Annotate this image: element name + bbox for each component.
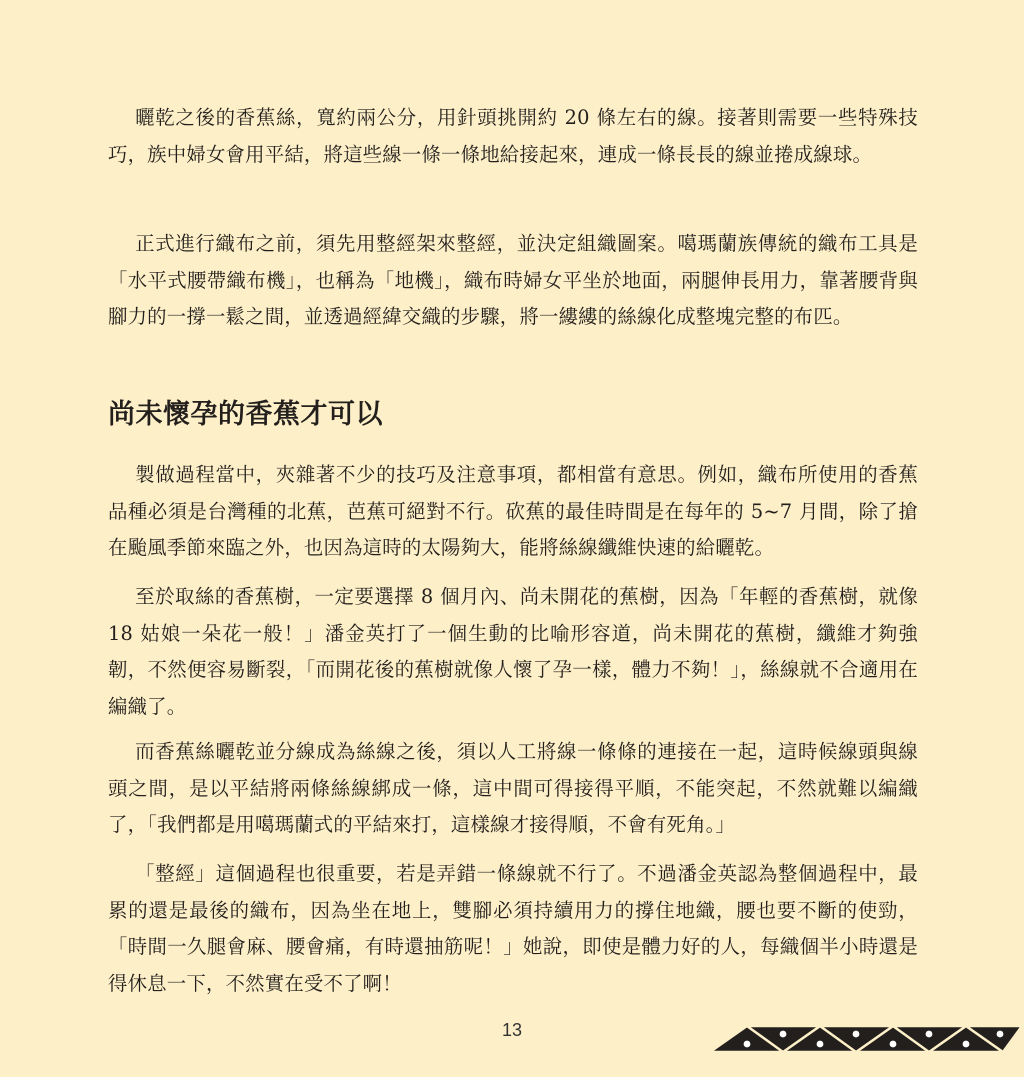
section-paragraph-2: 至於取絲的香蕉樹，一定要選擇 8 個月內、尚未開花的蕉樹，因為「年輕的香蕉樹，就… [108,579,918,725]
paragraph-1: 曬乾之後的香蕉絲，寬約兩公分，用針頭挑開約 20 條左右的線。接著則需要一些特殊… [108,100,918,173]
section-paragraph-1: 製做過程當中，夾雜著不少的技巧及注意事項，都相當有意思。例如，織布所使用的香蕉品… [108,457,918,567]
paragraph-2: 正式進行織布之前，須先用整經架來整經，並決定組織圖案。噶瑪蘭族傳統的織布工具是「… [108,226,918,336]
section-paragraph-3: 而香蕉絲曬乾並分線成為絲線之後，須以人工將線一條條的連接在一起，這時候線頭與線頭… [108,734,918,844]
section-paragraph-4: 「整經」這個過程也很重要，若是弄錯一條線就不行了。不過潘金英認為整個過程中，最累… [108,856,918,1002]
triangle-dot-band-icon [708,1022,1024,1056]
section-heading: 尚未懷孕的香蕉才可以 [108,392,383,431]
